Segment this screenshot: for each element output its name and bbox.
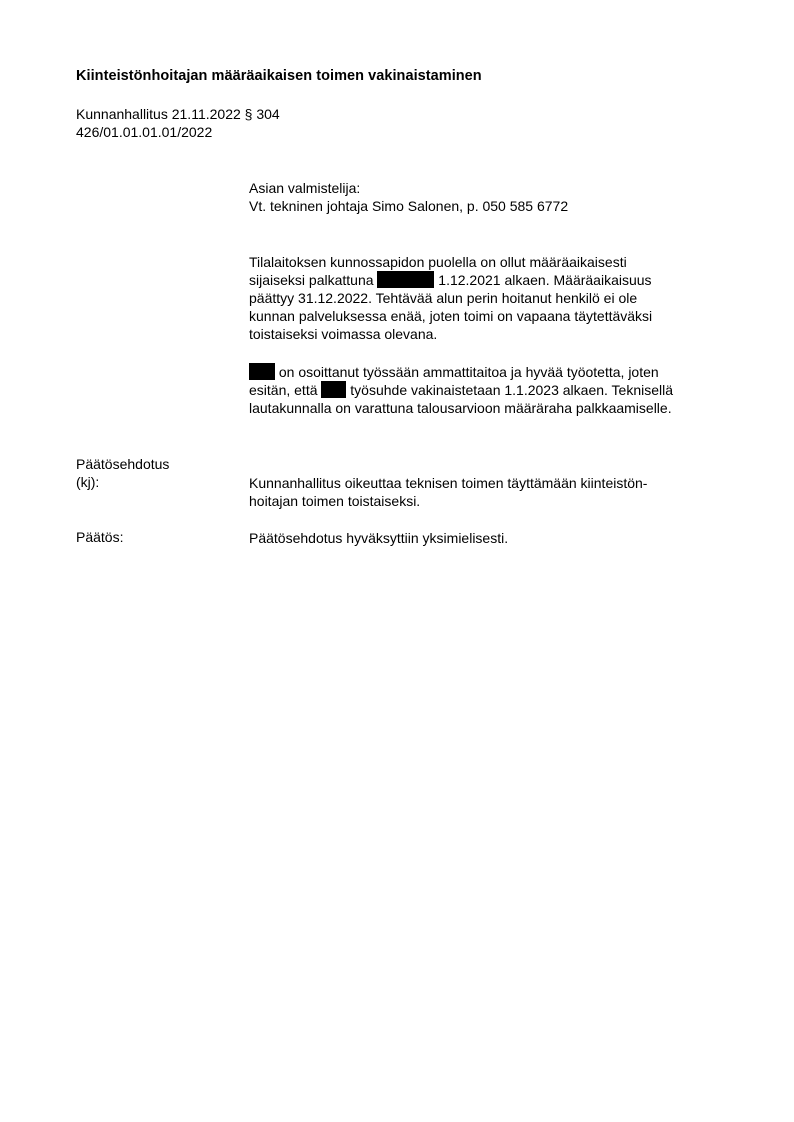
paragraph-1-line: kunnan palveluksessa enää, joten toimi o… bbox=[249, 307, 652, 325]
document-title: Kiinteistönhoitajan määräaikaisen toimen… bbox=[76, 68, 482, 84]
paragraph-1: Tilalaitoksen kunnossapidon puolella on … bbox=[249, 253, 652, 343]
paragraph-1-line: Tilalaitoksen kunnossapidon puolella on … bbox=[249, 253, 652, 271]
preparer-section: Asian valmistelija: Vt. tekninen johtaja… bbox=[249, 179, 568, 215]
decision-text: Päätösehdotus hyväksyttiin yksimielisest… bbox=[249, 529, 508, 547]
diary-number: 426/01.01.01.01/2022 bbox=[76, 124, 212, 140]
paragraph-1-line: toistaiseksi voimassa olevana. bbox=[249, 325, 652, 343]
paragraph-1-line: sijaiseksi palkattuna 1.12.2021 alkaen. … bbox=[249, 271, 652, 289]
redaction-box bbox=[249, 363, 275, 380]
proposal-line: Kunnanhallitus oikeuttaa teknisen toimen… bbox=[249, 474, 647, 492]
meeting-line: Kunnanhallitus 21.11.2022 § 304 bbox=[76, 106, 280, 122]
text-segment: sijaiseksi palkattuna bbox=[249, 272, 377, 288]
text-segment: esitän, että bbox=[249, 382, 321, 398]
preparer-label: Asian valmistelija: bbox=[249, 179, 568, 197]
decision-label: Päätös: bbox=[76, 529, 123, 545]
proposal-text: Kunnanhallitus oikeuttaa teknisen toimen… bbox=[249, 474, 647, 510]
redaction-box bbox=[377, 271, 434, 288]
redaction-box bbox=[321, 381, 346, 398]
paragraph-2: on osoittanut työssään ammattitaitoa ja … bbox=[249, 363, 673, 417]
paragraph-2-line: lautakunnalla on varattuna talousarvioon… bbox=[249, 399, 673, 417]
text-segment: työsuhde vakinaistetaan 1.1.2023 alkaen.… bbox=[346, 382, 673, 398]
text-segment: on osoittanut työssään ammattitaitoa ja … bbox=[275, 364, 659, 380]
text-segment: 1.12.2021 alkaen. Määräaikaisuus bbox=[434, 272, 651, 288]
proposal-label: Päätösehdotus bbox=[76, 456, 169, 472]
preparer-name: Vt. tekninen johtaja Simo Salonen, p. 05… bbox=[249, 197, 568, 215]
proposal-label-kj: (kj): bbox=[76, 474, 99, 490]
paragraph-2-line: esitän, että työsuhde vakinaistetaan 1.1… bbox=[249, 381, 673, 399]
proposal-line: hoitajan toimen toistaiseksi. bbox=[249, 492, 647, 510]
paragraph-2-line: on osoittanut työssään ammattitaitoa ja … bbox=[249, 363, 673, 381]
paragraph-1-line: päättyy 31.12.2022. Tehtävää alun perin … bbox=[249, 289, 652, 307]
